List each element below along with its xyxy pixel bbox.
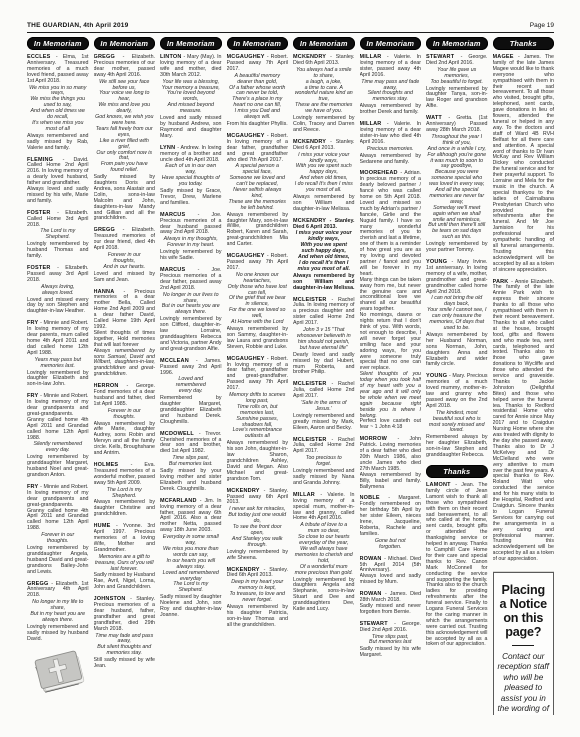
- notice-name: GREGG: [27, 581, 51, 587]
- notice-text: MCGAUGHEY - Robert. Passed away 7th Apri…: [227, 55, 289, 73]
- memoriam-notice: FOSTER - Elizabeth. Passed away 3rd Apri…: [27, 266, 89, 315]
- notice-text: Loved and missed every day by son Stephe…: [27, 298, 89, 316]
- notice-text: Always remembered by sons Samuel, David …: [94, 349, 156, 379]
- notice-name: WATT: [426, 115, 448, 121]
- notice-name: FLEMING: [27, 157, 63, 163]
- notice-text: JOHNSTON - Stanley. Precious memories of…: [94, 597, 156, 632]
- notice-name: MILLAR: [360, 54, 387, 60]
- memoriam-notice: FRY - Minnie and Robert. In loving memor…: [27, 321, 89, 388]
- notice-text: Always loved and sadly missed by his wif…: [27, 187, 89, 205]
- memoriam-notice: MCGAUGHEY - Robert. In loving memory of …: [227, 357, 289, 483]
- memoriam-notice: ROWAN - Michael. Died 5th April 2014 (5t…: [360, 557, 422, 587]
- notice-name: MCGAUGHEY: [227, 54, 267, 60]
- notice-verse: Silently remembered every day.: [28, 442, 88, 454]
- bible-book-image: [29, 649, 87, 705]
- notice-verse: A beautiful memory dearer than gold, Of …: [228, 74, 288, 121]
- newspaper-masthead: THE GUARDIAN, 4th April 2019: [27, 22, 128, 30]
- notice-text: Always remembered by Billy, Isabel and f…: [360, 473, 422, 491]
- notice-verse: We miss you in so many ways, We miss the…: [28, 86, 88, 133]
- notice-verse: 'Safe in the arms of Jesus.': [294, 401, 354, 413]
- notice-text: Still sadly missed by wife Jean.: [94, 658, 156, 670]
- notice-name: MCLEISTER: [293, 437, 332, 443]
- notice-verse: Precious memories.: [361, 147, 421, 153]
- notice-verse: A tribute of love to a mum so dear, So c…: [294, 523, 354, 576]
- memoriam-notice: YOUNG - Mary Irvine. 1st anniversary. In…: [426, 260, 488, 368]
- notice-text: HANNA - Precious memories of a dear moth…: [94, 290, 156, 331]
- notice-verse: I can not bring the old days back, Your …: [427, 296, 487, 331]
- notice-verse: The kindest, most beautiful soul who is …: [427, 411, 487, 435]
- memoriam-notice: MORROW - John Patrick. Loving memories o…: [360, 437, 422, 490]
- notice-text: Always remembered by his daughter Patric…: [227, 605, 289, 629]
- notice-name: PARK: [493, 279, 512, 285]
- notice-verse: Forever in our thoughts, And in our hear…: [95, 253, 155, 271]
- notice-name: ROWAN: [360, 556, 385, 562]
- section-badge: In Memoriam: [426, 37, 488, 50]
- notice-text: MCGAUGHEY - Robert. In loving memory of …: [227, 134, 289, 164]
- notice-verse: No one knows our heartaches, Only those …: [228, 273, 288, 326]
- memoriam-notice: MCLEISTER - Rachel Julia. In loving memo…: [293, 298, 355, 377]
- notice-name: FOSTER: [27, 210, 57, 216]
- notice-text: MCDOWELL - Trevor. Cherished memories of…: [160, 432, 222, 456]
- memoriam-notice: WATT - Gretta. (1st Anniversary) Passed …: [426, 116, 488, 254]
- notice-verse: I miss your voice your kindly ways, With…: [294, 231, 354, 272]
- notice-text: Lovingly remembered by wife Sheena.: [227, 550, 289, 562]
- page-number: Page 19: [530, 22, 554, 30]
- notice-text: Always remembered by his son John, daugh…: [227, 441, 289, 482]
- notice-verse: John 3 v 15 "That whosoever believeth in…: [294, 328, 354, 352]
- notice-text: Always remembered by brother Derek and f…: [360, 104, 422, 116]
- notice-name: MCKENDRY: [293, 54, 330, 60]
- notice-name: LAMONT: [426, 482, 455, 488]
- memoriam-notice: FRY - Minnie and Robert. In loving memor…: [27, 485, 89, 576]
- section-badge: In Memoriam: [160, 37, 222, 50]
- notice-name: MILLAR: [293, 492, 320, 498]
- notice-text: Always remembered by son William and dau…: [293, 195, 355, 213]
- notice-name: MCCLEAN: [160, 358, 196, 364]
- notice-text: Silent thoughts of you today when you to…: [360, 372, 422, 419]
- notice-text: HERRON - George. Fond memories of a dear…: [94, 384, 156, 408]
- notice-name: YOUNG: [426, 259, 451, 265]
- notice-text: Dearly loved and sadly missed by dad Hub…: [293, 353, 355, 377]
- notice-text: Sadly missed by Grace, Trevor, Drew, Mar…: [160, 189, 222, 207]
- memoriam-notice: FLEMING - David. Called Home 2nd April 2…: [27, 158, 89, 205]
- notice-text: Sadly missed and never forgotten from Be…: [360, 604, 422, 616]
- notice-text: MARCUS - Joe. Precious memories of a dea…: [160, 268, 222, 292]
- notice-text: FOSTER - Elizabeth. Called Home 3rd Apri…: [27, 211, 89, 229]
- notice-text: GREGG - Elizabeth. Treasured memories of…: [94, 228, 156, 252]
- notice-name: FOSTER: [27, 265, 57, 271]
- notice-verse: We still see your face before us, Your v…: [95, 80, 155, 175]
- notice-verse: Too precious to forget.: [294, 456, 354, 468]
- placing-notice-box: Placing a Notice on this page?Contact ou…: [493, 572, 555, 715]
- memoriam-notice: GREGG - Elizabeth. Precious memories of …: [94, 55, 156, 222]
- bible-cross-icon: [29, 649, 87, 702]
- notice-verse: Each of us in our own way, Have special …: [161, 164, 221, 188]
- memoriam-notice: MCGAUGHEY - Robert. In loving memory of …: [227, 134, 289, 248]
- notice-text: WATT - Gretta. (1st Anniversary) Passed …: [426, 116, 488, 134]
- notice-text: MAGEE - James. The family of the late Ja…: [493, 55, 555, 274]
- notice-text: Perfect love casteth out fear ~ 1 John 4…: [360, 419, 422, 431]
- notice-text: MORROW - John Patrick. Loving memories o…: [360, 437, 422, 472]
- notice-text: Loving remembered by granddaughter Marga…: [27, 455, 89, 479]
- notice-box-title: Placing a Notice on this page?: [498, 583, 550, 639]
- notice-verse: Memories are a gift to treasure, Ours of…: [95, 555, 155, 573]
- notice-verse: Years may pass but memories last.: [28, 358, 88, 370]
- memoriam-notice: MCCLEAN - James. Passed away 2nd April 1…: [160, 359, 222, 426]
- column-8: ThanksMAGEE - James. The family of the l…: [493, 37, 555, 715]
- notice-text: Lovingly remembered by daughter Tanya, s…: [426, 87, 488, 111]
- notice-text: LINTON - Mary (May). In loving memory of…: [160, 55, 222, 79]
- notice-name: MCFARLAND: [160, 498, 200, 504]
- notice-name: NOBLE: [360, 495, 389, 501]
- newspaper-page: THE GUARDIAN, 4th April 2019 Page 19 In …: [0, 0, 580, 737]
- notice-name: MAGEE: [493, 54, 519, 60]
- page-header: THE GUARDIAN, 4th April 2019 Page 19: [27, 22, 554, 30]
- notice-text: MARCUS - Joe. Precious memories of a dea…: [160, 213, 222, 237]
- notice-name: FRY: [27, 320, 40, 326]
- memoriam-notice: GREGG - Elizabeth. 1st Anniversary 4th A…: [27, 582, 89, 643]
- notice-text: MCLEISTER - Rachel Julia. In loving memo…: [293, 298, 355, 328]
- memoriam-notice: STEWART - George. Died 2nd April 2016.Ti…: [360, 622, 422, 659]
- section-badge: In Memoriam: [360, 37, 422, 50]
- notice-verse: Loved and remembered every day.: [161, 377, 221, 395]
- notice-verse: Time may fade and pass away, But silent …: [95, 634, 155, 658]
- notice-name: MCGAUGHEY: [227, 133, 267, 139]
- notice-name: STEWART: [360, 621, 395, 627]
- notice-text: Always remembered by son Sammy, daughter…: [227, 327, 289, 351]
- notice-name: STEWART: [426, 54, 461, 60]
- notice-name: HERRON: [94, 383, 127, 389]
- memoriam-notice: NOBLE - Margaret. Fondly remembered on h…: [360, 496, 422, 550]
- notice-text: Always remembered by wife Marie, daughte…: [94, 422, 156, 457]
- notice-text: Remembered by daughter Margaret, grandda…: [160, 396, 222, 426]
- notice-name: MOOREHEAD: [360, 170, 401, 176]
- notice-verse: Memory drifts to scenes long past, Time …: [228, 393, 288, 440]
- notice-text: MCKENDRY - Stanley. Died 6 April 2013.: [293, 219, 355, 231]
- notice-name: HUME: [94, 523, 117, 529]
- memoriam-notice: MCGAUGHEY - Robert. Passed away 7th Apri…: [227, 254, 289, 351]
- notice-text: Lovingly remembered and sadly missed by …: [293, 469, 355, 487]
- memoriam-notice: MCKENDRY - Stanley. Died 6 April 2013.I …: [293, 140, 355, 213]
- notice-text: LAMONT - Jean. The family circle of Jean…: [426, 483, 488, 648]
- column-4: In MemoriamMCGAUGHEY - Robert. Passed aw…: [227, 37, 289, 715]
- notice-text: YOUNG - Mary Irvine. 1st anniversary. In…: [426, 260, 488, 295]
- notice-name: GREGG: [94, 54, 123, 60]
- notice-text: MCLEISTER - Rachel Julia, called Home 2n…: [293, 438, 355, 456]
- memoriam-notice: MCKENDRY - Stanley. Died 6th April 2013.…: [227, 568, 289, 629]
- notice-box-divider: [512, 645, 534, 646]
- notice-text: ROWAN - Michael. Died 5th April 2014 (5t…: [360, 557, 422, 575]
- memoriam-notice: HANNA - Precious memories of a dear moth…: [94, 290, 156, 379]
- column-2: In MemoriamGREGG - Elizabeth. Precious m…: [94, 37, 156, 715]
- notice-text: Loved and missed by Sam and Jean.: [94, 272, 156, 284]
- notice-text: Always remembered by Sedarene and family…: [360, 154, 422, 166]
- notice-verse: Throughout the year I think of you, And …: [427, 135, 487, 241]
- notice-name: MCDOWELL: [160, 431, 199, 437]
- notice-verse: Time may pass and fade away, Silent thou…: [361, 80, 421, 104]
- notice-text: Sadly missed by his wife Margaret.: [360, 647, 422, 659]
- notice-text: Always remembered by daughter Christine …: [94, 500, 156, 518]
- notice-name: ROWAN: [360, 591, 385, 597]
- memoriam-notice: MARCUS - Joe. Precious memories of a dea…: [160, 213, 222, 262]
- notice-text: MCFARLAND - Jim. In loving memory of a d…: [160, 499, 222, 534]
- memoriam-notice: MCKENDRY - Stanley. Died 6th April 2013.…: [293, 55, 355, 134]
- memoriam-notice: FRY - Minnie and Robert. In loving memor…: [27, 394, 89, 479]
- section-badge: Thanks: [426, 465, 488, 478]
- notice-text: MCKENDRY - Stanley. Died 6th April 2013.: [293, 55, 355, 67]
- notice-text: NOBLE - Margaret. Fondly remembered on h…: [360, 496, 422, 537]
- notice-text: Sadly missed by daughter Noelene and Joh…: [160, 595, 222, 619]
- notice-text: Loving remembered by granddaughter Angel…: [27, 546, 89, 576]
- memoriam-notice: MILLAR - Valerie. In loving memory of a …: [293, 493, 355, 613]
- notice-text: MILLAR - Valerie. In loving memory of a …: [360, 55, 422, 79]
- column-1: In MemoriamECCLES - Elma, 1st Anniversar…: [27, 37, 89, 715]
- notice-text: Sadly missed by daughters Doris and Andr…: [94, 175, 156, 222]
- notice-verse: Forever in our thoughts.: [95, 409, 155, 421]
- notice-verse: You always had a smile to share, a laugh…: [294, 68, 354, 115]
- notice-text: Lovingly remembered by daughter Elizabet…: [27, 371, 89, 389]
- notice-name: MCKENDRY: [293, 218, 330, 224]
- memoriam-notice: MCGAUGHEY - Robert. Passed away 7th Apri…: [227, 55, 289, 128]
- notice-text: MCLEISTER - Rachel Julia, called Home 2n…: [293, 382, 355, 400]
- notice-name: HANNA: [94, 289, 124, 295]
- notice-text: No mornings, dawns or nights return that…: [360, 313, 422, 372]
- notice-name: MCKENDRY: [227, 567, 264, 573]
- notice-name: MCLEISTER: [293, 381, 332, 387]
- memoriam-notice: ECCLES - Elma, 1st Anniversary. Treasure…: [27, 55, 89, 152]
- notice-verse: Forever in our thoughts.: [28, 533, 88, 545]
- header-rule: [27, 32, 554, 33]
- notice-text: MCKENDRY - Stanley. Died 6th April 2013.: [227, 568, 289, 580]
- notice-text: Always remembered by son William and dau…: [293, 274, 355, 292]
- notice-text: STEWART - George. Died 2nd April 2016.: [360, 622, 422, 634]
- memoriam-notice: MCDOWELL - Trevor. Cherished memories of…: [160, 432, 222, 493]
- memoriam-notice: HERRON - George. Fond memories of a dear…: [94, 384, 156, 457]
- notice-name: FRY: [27, 393, 40, 399]
- notice-text: FRY - Minnie and Robert. In loving memor…: [27, 394, 89, 441]
- memoriam-notice: ROWAN - James. Died 28th March 2018.Sadl…: [360, 592, 422, 616]
- notice-verse: Always in my thoughts, Forever in my hea…: [161, 237, 221, 249]
- notice-verse: No longer in my life to share, But in my…: [28, 600, 88, 624]
- section-badge: In Memoriam: [27, 37, 89, 50]
- notice-text: MCCLEAN - James. Passed away 2nd April 1…: [160, 359, 222, 377]
- notice-name: YOUNG: [426, 373, 449, 379]
- notice-text: Always remembered and sadly missed by Ra…: [27, 134, 89, 152]
- memoriam-notice: LYNN - Andrew. In loving memory of a bro…: [160, 146, 222, 207]
- notice-text: FLEMING - David. Called Home 2nd April 2…: [27, 158, 89, 188]
- notice-name: JOHNSTON: [94, 596, 131, 602]
- notice-verse: Time slips past, But memories last.: [161, 456, 221, 468]
- notice-name: LINTON: [160, 54, 184, 60]
- memoriam-notice: MCKENDRY - Stanley. Passed away 6th Apri…: [227, 489, 289, 562]
- notice-verse: I never ask for miracles, But today just…: [228, 507, 288, 548]
- memoriam-notice: LINTON - Mary (May). In loving memory of…: [160, 55, 222, 140]
- memoriam-notice: MAGEE - James. The family of the late Ja…: [493, 55, 555, 274]
- notice-name: HOLMES: [94, 462, 131, 468]
- notice-name: MCGAUGHEY: [227, 253, 267, 259]
- notice-text: Remembered always by her daughter Elizab…: [426, 435, 488, 459]
- notice-text: ECCLES - Elma, 1st Anniversary. Treasure…: [27, 55, 89, 85]
- notice-text: MILLAR - Valerie. In loving memory of a …: [360, 122, 422, 146]
- notice-text: Lovingly remembered by Colin, Tracey and…: [293, 116, 355, 134]
- notice-text: MILLAR - Valerie. In loving memory of a …: [293, 493, 355, 523]
- notice-text: Sadly missed by your loving mother and s…: [160, 469, 222, 493]
- notice-text: GREGG - Elizabeth. 1st Anniversary 4th A…: [27, 582, 89, 600]
- column-3: In MemoriamLINTON - Mary (May). In lovin…: [160, 37, 222, 715]
- notice-text: PARK - Annie Elizabeth. The family of th…: [493, 280, 555, 564]
- notice-verse: Your life gave us memories, Too beautifu…: [427, 68, 487, 86]
- notice-box-body: Contact our reception staff who will be …: [498, 652, 550, 715]
- notice-text: FRY - Minnie and Robert. In loving memor…: [27, 321, 89, 356]
- notice-text: Sadly missed by Husband Rae, Avril, Nige…: [94, 573, 156, 591]
- column-6: In MemoriamMILLAR - Valerie. In loving m…: [360, 37, 422, 715]
- notice-verse: I miss your voice your kindly ways, With…: [294, 153, 354, 194]
- memoriam-notice: MCLEISTER - Rachel Julia, called Home 2n…: [293, 438, 355, 487]
- notice-verse: Gone but not forgotten.: [361, 539, 421, 551]
- notice-text: Silent thoughts of times together, Hold …: [94, 331, 156, 349]
- section-badge: In Memoriam: [293, 37, 355, 50]
- notice-text: Lovingly remembered by his wife Sadie.: [160, 250, 222, 262]
- notice-verse: No longer in our lives to share, But in …: [161, 293, 221, 317]
- notice-name: MILLAR: [360, 121, 387, 127]
- notice-verse: Your life was a blessing, Your memory a …: [161, 80, 221, 115]
- notice-name: LYNN: [160, 145, 177, 151]
- notice-text: MCGAUGHEY - Robert. In loving memory of …: [227, 357, 289, 392]
- notice-text: Lovingly remembered by daughters Angela …: [293, 578, 355, 613]
- column-7: In MemoriamSTEWART - George. Died 2nd Ap…: [426, 37, 488, 715]
- notice-name: GREGG: [94, 227, 123, 233]
- notice-name: MARCUS: [160, 267, 198, 273]
- notice-text: MCKENDRY - Stanley. Died 6 April 2013.: [293, 140, 355, 152]
- notice-text: LYNN - Andrew. In loving memory of a bro…: [160, 146, 222, 164]
- notice-text: HOLMES - Eva. Treasured memories of a wo…: [94, 463, 156, 487]
- notice-text: Always remembered by her Husband Norman,…: [426, 333, 488, 368]
- memoriam-notice: MILLAR - Valerie. In loving memory of a …: [360, 122, 422, 165]
- notice-text: Lovingly remembered and sadly missed by …: [27, 625, 89, 643]
- section-badge: In Memoriam: [94, 37, 156, 50]
- memoriam-notice: JOHNSTON - Stanley. Precious memories of…: [94, 597, 156, 670]
- notice-name: MCGAUGHEY: [227, 356, 267, 362]
- notice-text: YOUNG - Mary. Precious memories of a muc…: [426, 374, 488, 409]
- notice-name: ECCLES: [27, 54, 56, 60]
- notice-text: Always loved and sadly missed by Mum.: [360, 574, 422, 586]
- notice-name: MARCUS: [160, 212, 198, 218]
- notice-verse: Time slips past, But memories last: [361, 635, 421, 647]
- memoriam-notice: FOSTER - Elizabeth. Called Home 3rd Apri…: [27, 211, 89, 260]
- section-badge: In Memoriam: [227, 37, 289, 50]
- notice-text: From his daughter Phyllis.: [227, 122, 289, 128]
- notice-text: Lovingly remembered and greatly missed b…: [293, 414, 355, 432]
- notice-verse: A special person a special face, Someone…: [228, 164, 288, 211]
- notice-name: MORROW: [360, 436, 398, 442]
- notice-text: Lovingly remembered by husband Thomas an…: [27, 242, 89, 260]
- column-5: In MemoriamMCKENDRY - Stanley. Died 6th …: [293, 37, 355, 715]
- notice-text: Many things can be taken away from me, b…: [360, 278, 422, 313]
- memoriam-notice: MCLEISTER - Rachel Julia, called Home 2n…: [293, 382, 355, 431]
- notice-name: MCKENDRY: [293, 139, 330, 145]
- memoriam-notice: MILLAR - Valerie. In loving memory of a …: [360, 55, 422, 116]
- memoriam-notice: MCKENDRY - Stanley. Died 6 April 2013.I …: [293, 219, 355, 292]
- memoriam-notice: PARK - Annie Elizabeth. The family of th…: [493, 280, 555, 564]
- notice-verse: The Lord is my Shepherd.: [95, 488, 155, 500]
- notice-text: MOOREHEAD - Adrian. In precious memory o…: [360, 171, 422, 277]
- memoriam-notice: MOOREHEAD - Adrian. In precious memory o…: [360, 171, 422, 431]
- notice-verse: The Lord is my Shepherd.: [28, 229, 88, 241]
- notice-text: FOSTER - Elizabeth. Passed away 3rd Apri…: [27, 266, 89, 284]
- memoriam-notice: GREGG - Elizabeth. Treasured memories of…: [94, 228, 156, 283]
- notice-text: FRY - Minnie and Robert. In loving memor…: [27, 485, 89, 532]
- memoriam-notice: YOUNG - Mary. Precious memories of a muc…: [426, 374, 488, 459]
- memoriam-notice: MCFARLAND - Jim. In loving memory of a d…: [160, 499, 222, 619]
- notice-text: GREGG - Elizabeth. Precious memories of …: [94, 55, 156, 79]
- notice-text: HUME - Yvonne. 3rd April 1997. Precious …: [94, 524, 156, 554]
- memoriam-notice: HOLMES - Eva. Treasured memories of a wo…: [94, 463, 156, 518]
- notice-text: Loved and sadly missed by husband Andrew…: [160, 116, 222, 140]
- section-badge: Thanks: [493, 37, 555, 50]
- notice-verse: Everyday in some small way, We miss you …: [161, 535, 221, 594]
- notice-verse: Always loving, always loved.: [28, 285, 88, 297]
- notice-text: MCGAUGHEY - Robert. Passed away 7th Apri…: [227, 254, 289, 272]
- columns: In MemoriamECCLES - Elma, 1st Anniversar…: [27, 37, 554, 715]
- memoriam-notice: LAMONT - Jean. The family circle of Jean…: [426, 483, 488, 648]
- notice-name: MCLEISTER: [293, 297, 332, 303]
- notice-text: Lovingly remembered by your partner Tomm…: [426, 242, 488, 254]
- memoriam-notice: STEWART - George. Died 2nd April 2016.Yo…: [426, 55, 488, 110]
- notice-text: MCKENDRY - Stanley. Passed away 6th Apri…: [227, 489, 289, 507]
- memoriam-notice: HUME - Yvonne. 3rd April 1997. Precious …: [94, 524, 156, 591]
- notice-text: STEWART - George. Died 2nd April 2016.: [426, 55, 488, 67]
- notice-name: MCKENDRY: [227, 488, 264, 494]
- notice-text: Always remembered by daughter Mary, son-…: [227, 213, 289, 248]
- memoriam-notice: MARCUS - Joe. Precious memories of a dea…: [160, 268, 222, 353]
- notice-text: Lovingly remembered by son Clifford, dau…: [160, 317, 222, 352]
- notice-name: FRY: [27, 484, 40, 490]
- notice-verse: Deep in my heart your memory is kept, To…: [228, 580, 288, 604]
